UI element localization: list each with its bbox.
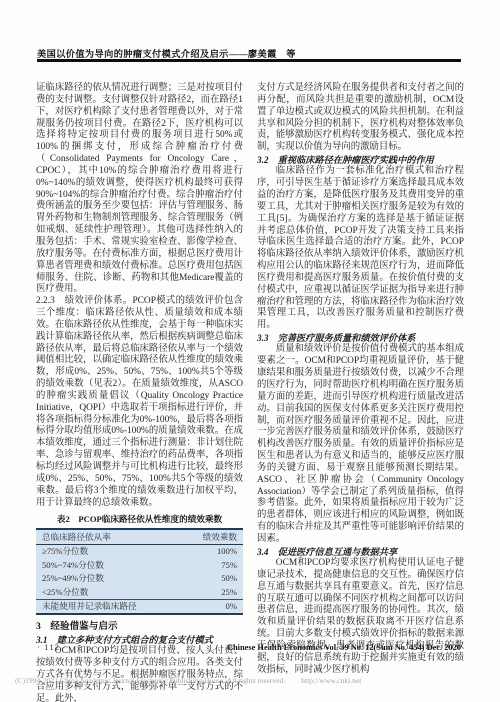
table-cell: 75% — [180, 558, 243, 572]
table-col-header-multiplier: 绩效乘数 — [180, 529, 243, 544]
header-rule — [37, 59, 461, 62]
table-cell: 25%~49%分位数 — [36, 572, 180, 586]
journal-page: 美国以价值为导向的肿瘤支付模式介绍及启示——廖美霞 等 证临床路径的依从情况进行… — [0, 0, 500, 702]
table-row: 未能使用并记录临床路径 0% — [36, 599, 243, 614]
table-2-caption: 表2 PCOP临床路径依从性维度的绩效乘数 — [36, 514, 243, 525]
table-cell: 25% — [180, 585, 243, 599]
copyright-text: (C)1994-2021 China Academic Journal Elec… — [15, 676, 285, 685]
table-2-performance-multiplier: 总临床路径依从率 绩效乘数 ≥75%分位数 100% 50%~74%分位数 75… — [36, 528, 243, 615]
table-row: ≥75%分位数 100% — [36, 544, 243, 558]
body-paragraph-section-223: 2.2.3 绩效评价体系。PCOP模式的绩效评价包含三个维度：临床路径依从性、质… — [36, 296, 243, 509]
body-paragraph: OCM和PCOP均要求医疗机构使用认证电子健康记录技术，提高健康信息的交互性。确… — [257, 558, 464, 676]
body-columns: 证临床路径的依从情况进行调整；三是对按项目付费的支付调整。支付调整仅针对路径2，… — [36, 83, 464, 702]
table-cell: 50% — [180, 572, 243, 586]
table-row: 25%~49%分位数 50% — [36, 572, 243, 586]
section-3-2-heading: 3.2 重视临床路径在肿瘤医疗实践中的作用 — [257, 154, 464, 166]
section-3-3-heading: 3.3 完善医疗服务质量和绩效评价体系 — [257, 332, 464, 344]
table-2-block: 表2 PCOP临床路径依从性维度的绩效乘数 总临床路径依从率 绩效乘数 ≥75%… — [36, 514, 243, 615]
body-paragraph: OCM和PCOP均是按项目付费、按人头付费、按绩效付费等多种支付方式的组合应用。… — [36, 646, 243, 702]
body-paragraph: 临床路径作为一套标准化治疗模式和治疗程序，可引导医生基于循证诊疗方案选择最具成本… — [257, 166, 464, 332]
copyright-line: (C)1994-2021 China Academic Journal Elec… — [15, 676, 485, 685]
table-row: <25%分位数 25% — [36, 585, 243, 599]
body-paragraph: 证临床路径的依从情况进行调整；三是对按项目付费的支付调整。支付调整仅针对路径2，… — [36, 83, 243, 296]
table-cell: 未能使用并记录临床路径 — [36, 599, 180, 614]
table-cell: 0% — [180, 599, 243, 614]
page-footer: · 112 · Chinese Health Economics Vol. 39… — [37, 642, 461, 652]
table-cell: ≥75%分位数 — [36, 544, 180, 558]
journal-volume-line: Chinese Health Economics Vol. 39 No. 12(… — [227, 643, 461, 652]
table-cell: <25%分位数 — [36, 585, 180, 599]
right-column: 支付方式是经济风险在服务提供者和支付者之间的再分配，而风险共担是重要的激励机制，… — [257, 83, 464, 702]
cnki-url: http://www.cnki.net — [301, 676, 361, 685]
table-cell: 100% — [180, 544, 243, 558]
table-cell: 50%~74%分位数 — [36, 558, 180, 572]
left-column: 证临床路径的依从情况进行调整；三是对按项目付费的支付调整。支付调整仅针对路径2，… — [36, 83, 243, 702]
section-3-heading: 3 经验借鉴与启示 — [36, 621, 243, 634]
section-3-4-heading: 3.4 促进医疗信息互通与数据共享 — [257, 546, 464, 558]
running-header-title: 美国以价值为导向的肿瘤支付模式介绍及启示——廖美霞 等 — [37, 46, 461, 60]
body-paragraph: 质量和绩效评价是按价值付费模式的基本组成要素之一。OCM和PCOP均重视质量评价… — [257, 344, 464, 545]
table-row: 50%~74%分位数 75% — [36, 558, 243, 572]
page-number: · 112 · — [37, 642, 67, 652]
body-paragraph: 支付方式是经济风险在服务提供者和支付者之间的再分配，而风险共担是重要的激励机制，… — [257, 83, 464, 154]
table-header-row: 总临床路径依从率 绩效乘数 — [36, 529, 243, 544]
table-col-header-compliance: 总临床路径依从率 — [36, 529, 180, 544]
